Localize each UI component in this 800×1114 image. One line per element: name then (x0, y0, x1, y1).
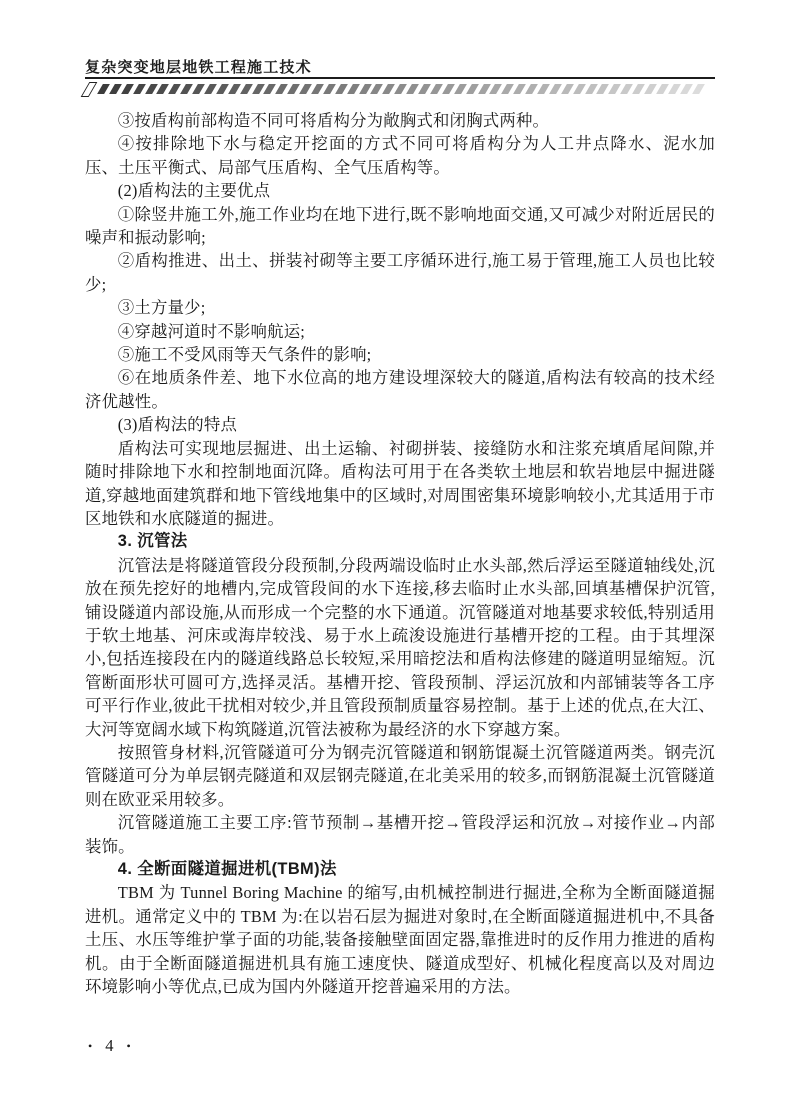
stripe-mark (418, 84, 431, 94)
stripe-mark (109, 84, 122, 94)
body-paragraph: ④穿越河道时不影响航运; (85, 320, 715, 343)
stripe-mark (382, 84, 395, 94)
stripe-mark (228, 84, 241, 94)
body-paragraph: ④按排除地下水与稳定开挖面的方式不同可将盾构分为人工井点降水、泥水加压、土压平衡… (85, 132, 715, 179)
stripe-mark (121, 84, 134, 94)
page-footer: • 4 • (88, 1036, 131, 1056)
stripe-mark (454, 84, 467, 94)
stripe-mark (275, 84, 288, 94)
body-paragraph: 沉管隧道施工主要工序:管节预制→基槽开挖→管段浮运和沉放→对接作业→内部装饰。 (85, 811, 715, 858)
stripe-mark (204, 84, 217, 94)
stripe-lead-slash-icon (81, 82, 98, 97)
stripe-mark (180, 84, 193, 94)
stripe-mark (323, 84, 336, 94)
stripe-mark (549, 84, 562, 94)
section-heading: 4. 全断面隧道掘进机(TBM)法 (85, 858, 715, 881)
stripe-mark (347, 84, 360, 94)
stripe-mark (537, 84, 550, 94)
stripe-mark (287, 84, 300, 94)
stripe-mark (692, 84, 705, 94)
stripe-mark (216, 84, 229, 94)
body-paragraph: 按照管身材料,沉管隧道可分为钢壳沉管隧道和钢筋馄凝土沉管隧道两类。钢壳沉管隧道可… (85, 741, 715, 811)
body-paragraph: ②盾构推进、出土、拼装衬砌等主要工序循环进行,施工易于管理,施工人员也比较少; (85, 249, 715, 296)
running-header-title: 复杂突变地层地铁工程施工技术 (85, 56, 312, 77)
body-paragraph: 沉管法是将隧道管段分段预制,分段两端设临时止水头部,然后浮运至隧道轴线处,沉放在… (85, 554, 715, 741)
section-heading: 3. 沉管法 (85, 530, 715, 553)
footer-dot-right: • (126, 1036, 130, 1056)
book-page: 复杂突变地层地铁工程施工技术 ③按盾构前部构造不同可将盾构分为敞胸式和闭胸式两种… (0, 0, 800, 1114)
stripe-mark (656, 84, 669, 94)
stripe-mark (299, 84, 312, 94)
footer-dot-left: • (88, 1036, 92, 1056)
stripe-mark (490, 84, 503, 94)
stripe-mark (573, 84, 586, 94)
header-rule (85, 77, 715, 79)
stripe-mark (168, 84, 181, 94)
stripe-mark (501, 84, 514, 94)
stripe-mark (430, 84, 443, 94)
stripe-mark (466, 84, 479, 94)
header-stripe-band (85, 81, 715, 97)
body-paragraph: ⑥在地质条件差、地下水位高的地方建设埋深较大的隧道,盾构法有较高的技术经济优越性… (85, 366, 715, 413)
stripe-mark (644, 84, 657, 94)
stripe-mark (668, 84, 681, 94)
body-paragraph: 盾构法可实现地层掘进、出土运输、衬砌拼装、接缝防水和注浆充填盾尾间隙,并随时排除… (85, 437, 715, 531)
body-paragraph: ①除竖井施工外,施工作业均在地下进行,既不影响地面交通,又可减少对附近居民的噪声… (85, 203, 715, 250)
stripe-mark (406, 84, 419, 94)
body-paragraph: ③按盾构前部构造不同可将盾构分为敞胸式和闭胸式两种。 (85, 109, 715, 132)
stripe-mark (311, 84, 324, 94)
stripe-mark (632, 84, 645, 94)
stripe-mark (394, 84, 407, 94)
body-paragraph: (3)盾构法的特点 (85, 413, 715, 436)
stripe-mark (133, 84, 146, 94)
stripe-mark (597, 84, 610, 94)
body-paragraph: ⑤施工不受风雨等天气条件的影响; (85, 343, 715, 366)
stripe-mark (620, 84, 633, 94)
stripe-mark (97, 84, 110, 94)
page-content: ③按盾构前部构造不同可将盾构分为敞胸式和闭胸式两种。④按排除地下水与稳定开挖面的… (85, 109, 715, 998)
stripe-mark (513, 84, 526, 94)
stripe-row (100, 84, 706, 94)
body-paragraph: (2)盾构法的主要优点 (85, 179, 715, 202)
stripe-mark (525, 84, 538, 94)
stripe-mark (192, 84, 205, 94)
body-paragraph: ③土方量少; (85, 296, 715, 319)
stripe-mark (608, 84, 621, 94)
stripe-mark (335, 84, 348, 94)
stripe-mark (240, 84, 253, 94)
body-paragraph: TBM 为 Tunnel Boring Machine 的缩写,由机械控制进行掘… (85, 881, 715, 998)
stripe-mark (561, 84, 574, 94)
stripe-mark (442, 84, 455, 94)
stripe-mark (680, 84, 693, 94)
page-number: 4 (105, 1036, 113, 1056)
